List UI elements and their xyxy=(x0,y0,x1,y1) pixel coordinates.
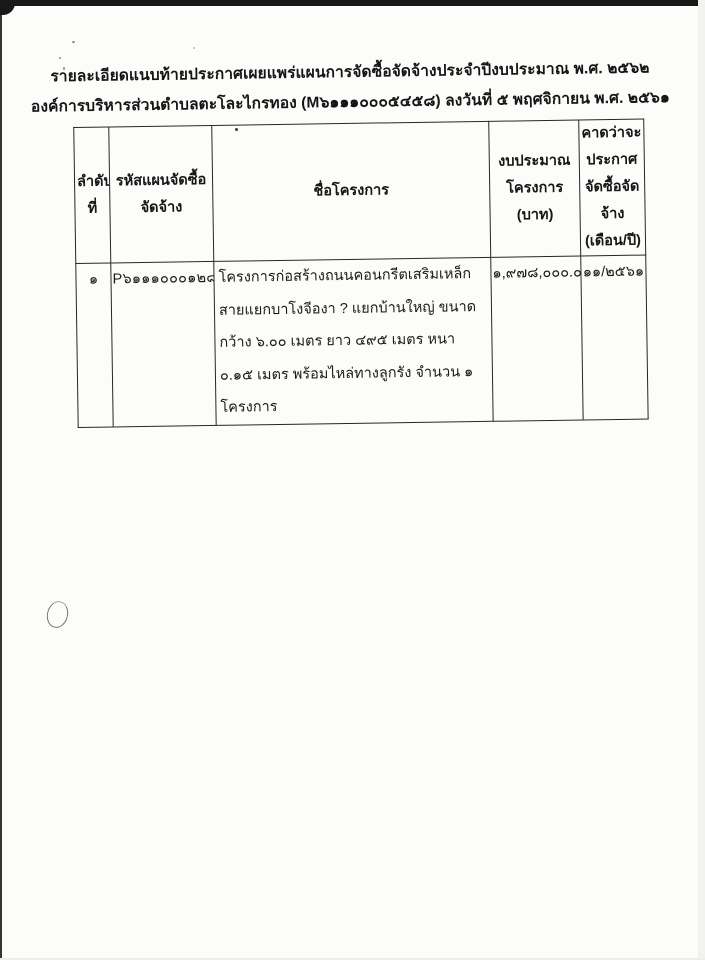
table-header-row: ลำดับที่ รหัสแผนจัดซื้อจัดจ้าง ชื่อโครงก… xyxy=(74,119,646,263)
cell-no: ๑ xyxy=(76,263,113,427)
cell-plan-code: P๖๑๑๑๐๐๐๑๒๘๓๕ xyxy=(111,261,216,426)
scanned-page: รายละเอียดแนบท้ายประกาศเผยแพร่แผนการจัดซ… xyxy=(0,0,705,960)
cell-project-name: โครงการก่อสร้างถนนคอนกรีตเสริมเหล็ก สายแ… xyxy=(214,257,493,425)
cell-budget: ๑,๙๗๘,๐๐๐.๐๐ xyxy=(491,256,583,421)
col-header-announce-date: คาดว่าจะ ประกาศ จัดซื้อจัดจ้าง (เดือน/ปี… xyxy=(579,119,646,256)
col-header-project-name: ชื่อโครงการ xyxy=(212,121,491,261)
col-header-plan-code: รหัสแผนจัดซื้อจัดจ้าง xyxy=(109,125,214,263)
cell-announce-date: ๑๑/๒๕๖๑ xyxy=(581,255,648,419)
procurement-plan-table: ลำดับที่ รหัสแผนจัดซื้อจัดจ้าง ชื่อโครงก… xyxy=(73,119,648,428)
page-content: รายละเอียดแนบท้ายประกาศเผยแพร่แผนการจัดซ… xyxy=(0,0,705,960)
table-row: ๑ P๖๑๑๑๐๐๐๑๒๘๓๕ โครงการก่อสร้างถนนคอนกรี… xyxy=(76,255,648,427)
col-header-budget: งบประมาณ โครงการ (บาท) xyxy=(489,120,581,257)
document-title: รายละเอียดแนบท้ายประกาศเผยแพร่แผนการจัดซ… xyxy=(0,53,703,122)
col-header-no: ลำดับที่ xyxy=(74,127,111,264)
